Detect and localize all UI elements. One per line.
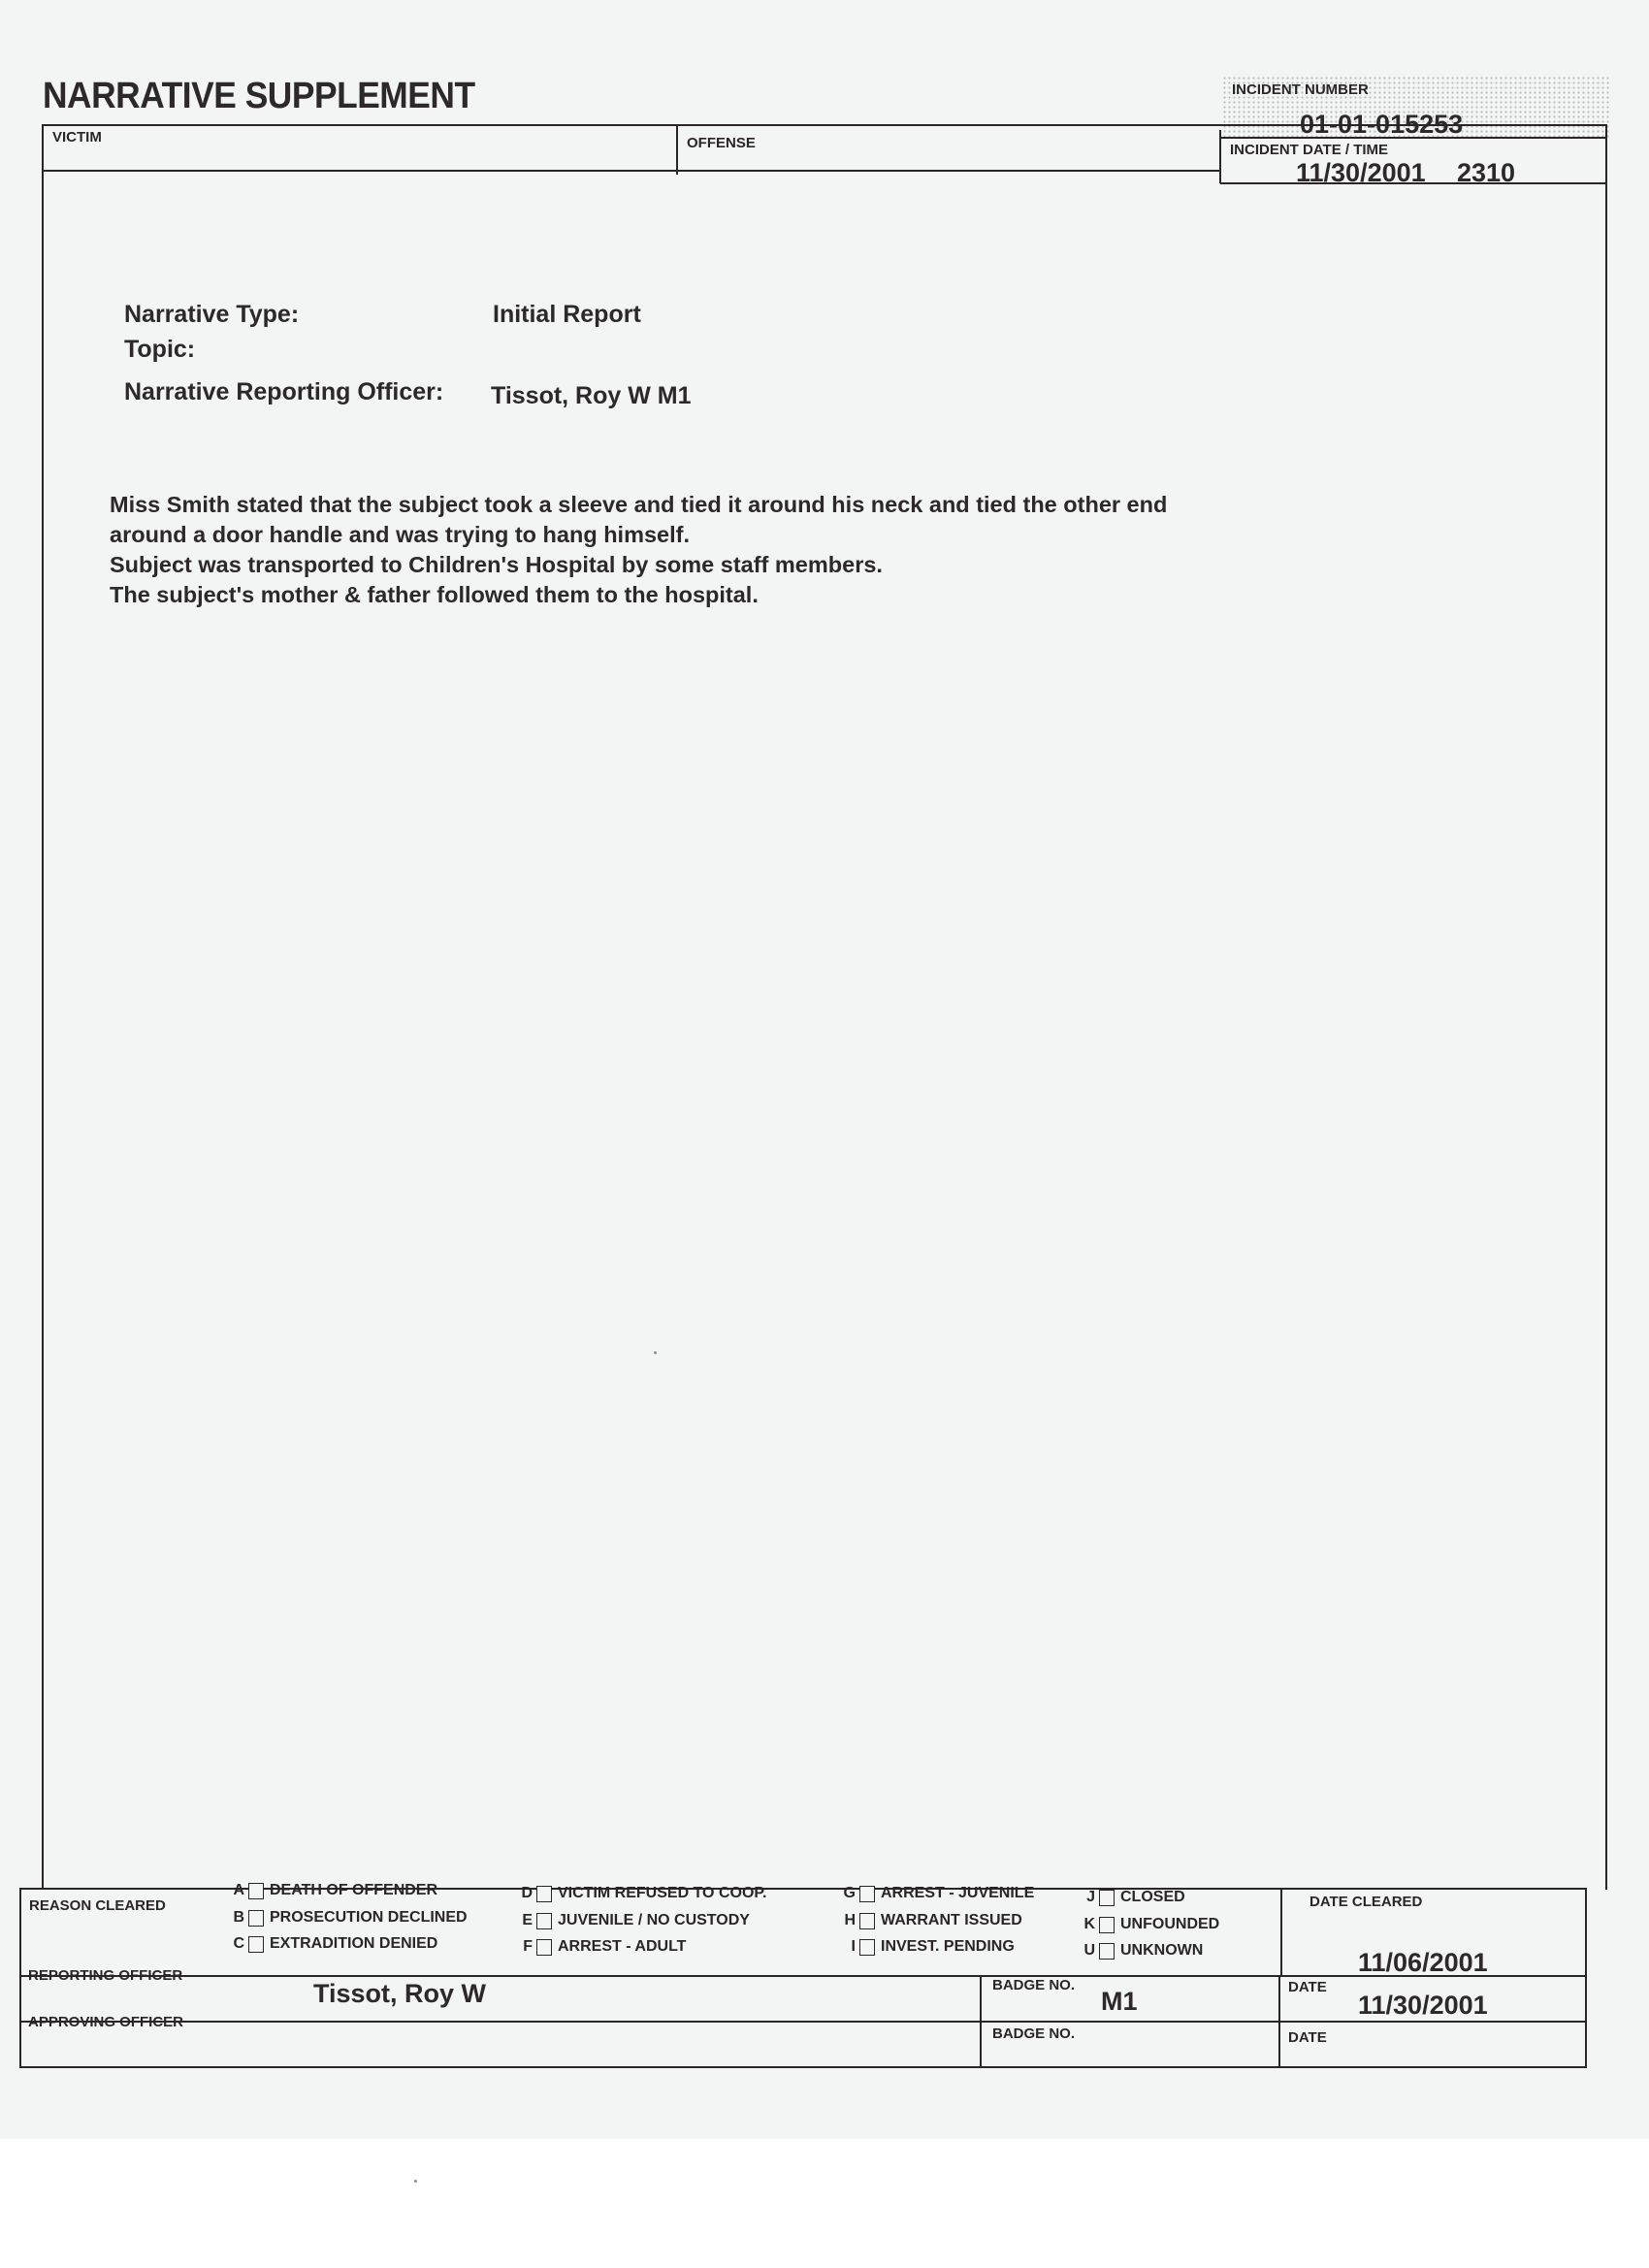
reason-option-a[interactable]: ADEATH OF OFFENDER [231, 1882, 437, 1899]
topic-label: Topic: [124, 336, 195, 364]
reason-option-e[interactable]: EJUVENILE / NO CUSTODY [519, 1912, 750, 1929]
option-letter: J [1082, 1889, 1095, 1906]
option-label: DEATH OF OFFENDER [270, 1882, 437, 1899]
checkbox-icon[interactable] [859, 1913, 875, 1929]
badge-divider [980, 1975, 982, 2068]
reporting-badge-label: BADGE NO. [992, 1977, 1075, 1993]
option-letter: E [519, 1912, 533, 1929]
option-letter: A [231, 1882, 244, 1899]
approving-date-label: DATE [1288, 2029, 1327, 2046]
checkbox-icon[interactable] [536, 1886, 552, 1902]
scan-margin [0, 2139, 1649, 2268]
form-title: NARRATIVE SUPPLEMENT [43, 76, 475, 117]
scan-speck [414, 2180, 417, 2183]
reason-option-f[interactable]: FARREST - ADULT [519, 1938, 686, 1956]
option-label: UNFOUNDED [1120, 1916, 1219, 1933]
reporting-officer-name: Tissot, Roy W [313, 1979, 486, 2009]
checkbox-icon[interactable] [536, 1913, 552, 1929]
approving-officer-label: APPROVING OFFICER [28, 2014, 183, 2030]
option-label: UNKNOWN [1120, 1942, 1203, 1960]
reporting-date-value: 11/30/2001 [1358, 1991, 1488, 2021]
checkbox-icon[interactable] [859, 1939, 875, 1956]
table-line-2 [19, 2021, 1587, 2023]
header-bottom-line [42, 170, 1220, 172]
option-letter: G [842, 1885, 856, 1902]
option-label: WARRANT ISSUED [881, 1912, 1022, 1929]
checkbox-icon[interactable] [1099, 1917, 1115, 1933]
incident-time-value: 2310 [1457, 158, 1515, 188]
reason-option-i[interactable]: IINVEST. PENDING [842, 1938, 1015, 1956]
header-divider-1 [676, 126, 678, 175]
narrative-line: Miss Smith stated that the subject took … [110, 490, 1167, 520]
date-cleared-value: 11/06/2001 [1358, 1948, 1488, 1978]
option-letter: U [1082, 1942, 1095, 1960]
reporting-badge-value: M1 [1101, 1987, 1138, 2017]
incident-datetime-label: INCIDENT DATE / TIME [1230, 142, 1388, 158]
option-label: CLOSED [1120, 1889, 1185, 1906]
option-label: ARREST - ADULT [558, 1938, 686, 1956]
checkbox-icon[interactable] [248, 1910, 264, 1927]
option-label: INVEST. PENDING [881, 1938, 1015, 1956]
table-line-1 [19, 1975, 1587, 1977]
header-top-line-right [1220, 137, 1607, 139]
checkbox-icon[interactable] [248, 1883, 264, 1899]
reason-option-d[interactable]: DVICTIM REFUSED TO COOP. [519, 1885, 766, 1902]
date-divider [1278, 1975, 1280, 2068]
reason-option-c[interactable]: CEXTRADITION DENIED [231, 1935, 437, 1953]
checkbox-icon[interactable] [1099, 1943, 1115, 1960]
reason-option-b[interactable]: BPROSECUTION DECLINED [231, 1909, 468, 1927]
option-letter: D [519, 1885, 533, 1902]
option-letter: I [842, 1938, 856, 1956]
header-divider-2 [1219, 130, 1221, 183]
checkbox-icon[interactable] [1099, 1890, 1115, 1906]
reporting-officer-field-label: REPORTING OFFICER [28, 1967, 182, 1984]
narrative-line: around a door handle and was trying to h… [110, 520, 1167, 550]
reason-cleared-label: REASON CLEARED [29, 1897, 166, 1914]
header-top-line [42, 124, 1220, 126]
date-cleared-label: DATE CLEARED [1309, 1894, 1422, 1910]
option-label: PROSECUTION DECLINED [270, 1909, 468, 1927]
option-letter: F [519, 1938, 533, 1956]
narrative-body: Miss Smith stated that the subject took … [110, 490, 1167, 610]
incident-number-label: INCIDENT NUMBER [1232, 81, 1369, 98]
incident-date-value: 11/30/2001 [1296, 158, 1426, 188]
option-label: VICTIM REFUSED TO COOP. [558, 1885, 766, 1902]
reason-option-j[interactable]: JCLOSED [1082, 1889, 1185, 1906]
option-label: JUVENILE / NO CUSTODY [558, 1912, 750, 1929]
narrative-line: Subject was transported to Children's Ho… [110, 550, 1167, 580]
option-letter: H [842, 1912, 856, 1929]
date-cleared-divider [1280, 1890, 1282, 1975]
narrative-type-value: Initial Report [493, 301, 641, 329]
checkbox-icon[interactable] [536, 1939, 552, 1956]
offense-label: OFFENSE [687, 135, 756, 151]
approving-badge-label: BADGE NO. [992, 2025, 1075, 2042]
scan-speck [654, 1351, 657, 1354]
reporting-date-label: DATE [1288, 1979, 1327, 1995]
option-label: ARREST - JUVENILE [881, 1885, 1034, 1902]
reason-option-k[interactable]: KUNFOUNDED [1082, 1916, 1219, 1933]
option-label: EXTRADITION DENIED [270, 1935, 437, 1953]
narrative-line: The subject's mother & father followed t… [110, 580, 1167, 610]
reason-option-g[interactable]: GARREST - JUVENILE [842, 1885, 1034, 1902]
option-letter: B [231, 1909, 244, 1927]
option-letter: C [231, 1935, 244, 1953]
checkbox-icon[interactable] [248, 1936, 264, 1953]
reporting-officer-label: Narrative Reporting Officer: [124, 378, 443, 406]
option-letter: K [1082, 1916, 1095, 1933]
victim-label: VICTIM [52, 129, 102, 146]
reason-option-h[interactable]: HWARRANT ISSUED [842, 1912, 1022, 1929]
reporting-officer-value: Tissot, Roy W M1 [491, 382, 692, 410]
reason-option-u[interactable]: UUNKNOWN [1082, 1942, 1203, 1960]
checkbox-icon[interactable] [859, 1886, 875, 1902]
narrative-type-label: Narrative Type: [124, 301, 299, 329]
